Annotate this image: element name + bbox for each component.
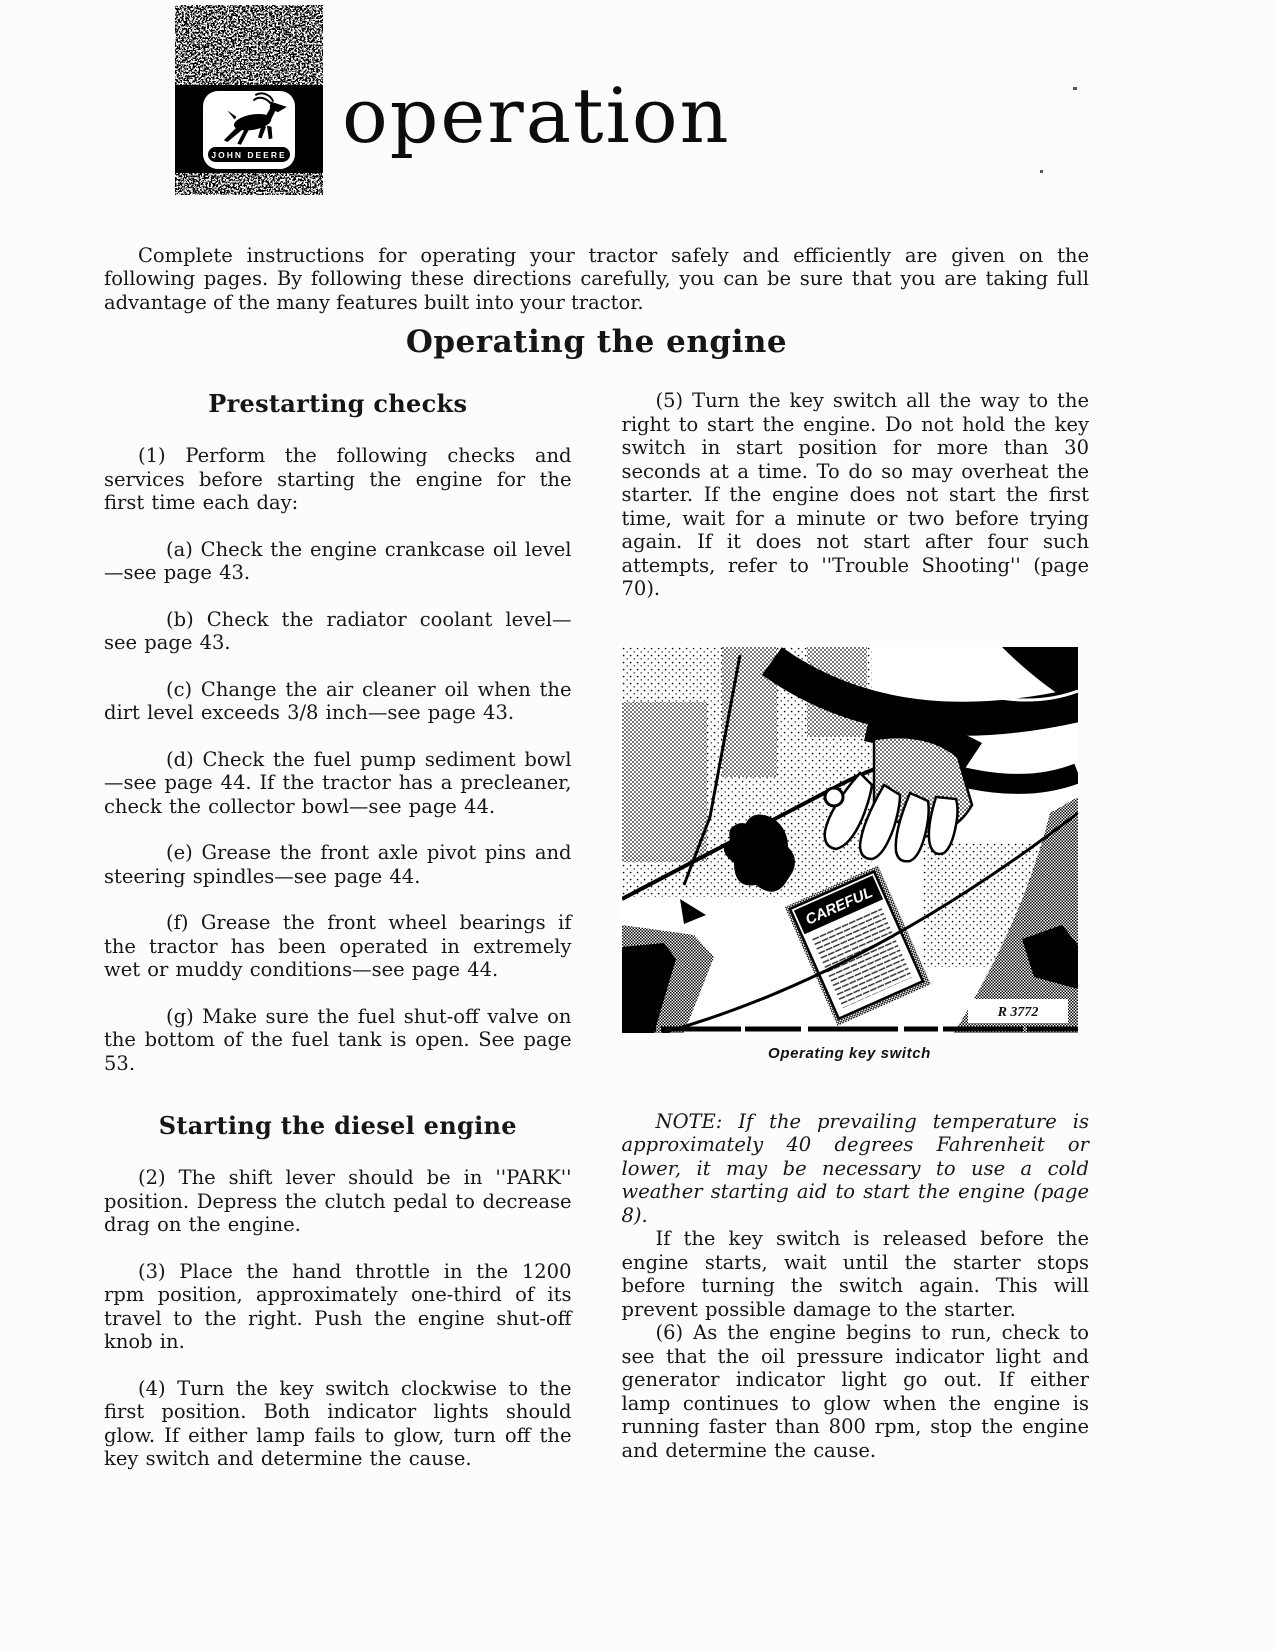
step-2: (2) The shift lever should be in ''PARK'… bbox=[104, 1166, 572, 1237]
photo-ref-mark: R 3772 bbox=[968, 999, 1068, 1023]
john-deere-logo-image: JOHN DEERE bbox=[175, 5, 323, 195]
john-deere-logo: JOHN DEERE bbox=[175, 5, 323, 195]
key bbox=[825, 788, 843, 806]
check-item-b: (b) Check the radiator coolant level—see… bbox=[104, 608, 572, 655]
check-item-g: (g) Make sure the fuel shut-off valve on… bbox=[104, 1005, 572, 1076]
main-heading: Operating the engine bbox=[104, 324, 1089, 360]
key-switch-photo: CAREFUL R 3772 bbox=[622, 647, 1078, 1033]
check-item-e: (e) Grease the front axle pivot pins and… bbox=[104, 841, 572, 888]
body-columns: Prestarting checks (1) Perform the follo… bbox=[104, 385, 1089, 1494]
step-5: (5) Turn the key switch all the way to t… bbox=[622, 389, 1090, 601]
check-item-a: (a) Check the engine crankcase oil level… bbox=[104, 538, 572, 585]
note-paragraph: NOTE: If the prevailing temperature is a… bbox=[622, 1110, 1090, 1228]
svg-text:R 3772: R 3772 bbox=[996, 1005, 1038, 1020]
check-item-c: (c) Change the air cleaner oil when the … bbox=[104, 678, 572, 725]
right-column: (5) Turn the key switch all the way to t… bbox=[622, 385, 1090, 1462]
page-title: operation bbox=[342, 78, 731, 154]
step-4: (4) Turn the key switch clockwise to the… bbox=[104, 1377, 572, 1471]
key-switch-figure: CAREFUL R 3772 bbox=[622, 647, 1078, 1062]
step-6: (6) As the engine begins to run, check t… bbox=[622, 1321, 1090, 1462]
key-release-paragraph: If the key switch is released before the… bbox=[622, 1227, 1090, 1321]
brand-text: JOHN DEERE bbox=[211, 150, 286, 160]
step-1: (1) Perform the following checks and ser… bbox=[104, 444, 572, 515]
figure-caption: Operating key switch bbox=[622, 1045, 1078, 1062]
manual-page: JOHN DEERE operation Complete instructio… bbox=[0, 0, 1275, 1650]
step-3: (3) Place the hand throttle in the 1200 … bbox=[104, 1260, 572, 1354]
intro-paragraph: Complete instructions for operating your… bbox=[104, 244, 1089, 315]
scan-speck bbox=[1073, 87, 1077, 90]
left-column: Prestarting checks (1) Perform the follo… bbox=[104, 385, 572, 1494]
section-heading-starting-diesel-engine: Starting the diesel engine bbox=[104, 1111, 572, 1140]
check-item-f: (f) Grease the front wheel bearings if t… bbox=[104, 911, 572, 982]
scan-speck bbox=[1040, 170, 1043, 173]
check-item-d: (d) Check the fuel pump sediment bowl—se… bbox=[104, 748, 572, 819]
section-heading-prestarting-checks: Prestarting checks bbox=[104, 389, 572, 418]
